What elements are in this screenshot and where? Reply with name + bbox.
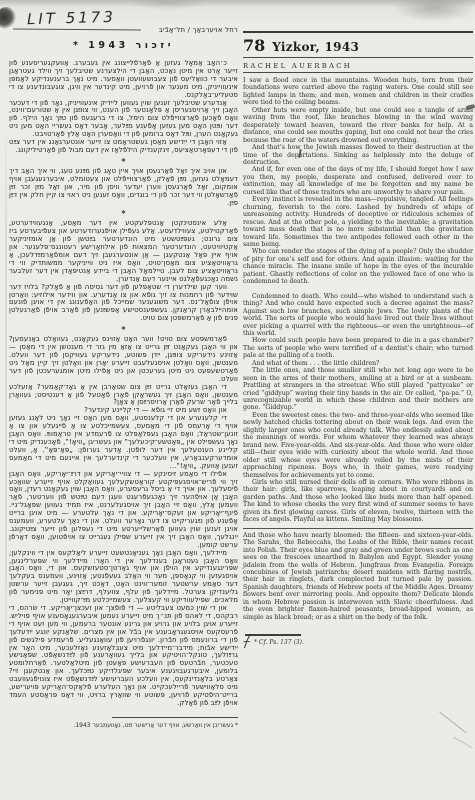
scan-scratch-bottom-right-2 (453, 737, 473, 749)
paragraph: כ׳האָב אַמאָל געזען אַ פֿאַרפֿלייצונג אי… (9, 60, 238, 100)
paragraph: אַנדערע שטיבלעך זענען שוין געווען ליידיק… (9, 100, 238, 140)
paragraph: די קלענערע און די קלענסטע, וואָס מען האָ… (9, 415, 238, 470)
scan-crease-left (5, 120, 7, 680)
paragraph: אַלע אינסטינקטן אַנטפּלעקטע אין דער מאַס… (9, 220, 238, 283)
paragraph: די האָבן געזאָלט גרייט זײַן צום שטאַרבן … (9, 384, 238, 408)
paragraph: And those who have nearly bloomed: the f… (243, 532, 473, 621)
paragraph: און אויב איך זאָל פֿאַרגעסן אויך איין טא… (9, 168, 238, 208)
paragraph: Other huts were empty inside, but one co… (243, 107, 473, 144)
yiddish-title: יזכור 1943 * (9, 40, 238, 51)
paragraph: Condemned to death. Who could—who wished… (243, 293, 473, 338)
paragraph: און די שוין כּמעט צעבליטע — די פֿופֿצן־ … (9, 605, 238, 708)
paragraph: ווער קען שילדערן די שטאַפּלען פֿון דער ג… (9, 284, 238, 324)
english-footnote-row: * Cf. Ps. 137 (3). (243, 639, 473, 653)
yiddish-footnote-rule (112, 717, 238, 718)
handwritten-check-icon (243, 634, 252, 653)
scan-smudge-top-middle (128, 0, 208, 10)
paragraph: I saw a flood once in the mountains. Woo… (243, 77, 473, 107)
author-name: RACHEL AUERBACH (243, 58, 473, 72)
section-separator: * (9, 209, 238, 218)
paragraph: אפֿילו די סאַמע זיסינקע — די צוויי־יאָרי… (9, 471, 238, 550)
section-separator: * (9, 325, 238, 334)
scan-smudge-top-right (393, 0, 475, 22)
chapter-number: 78 (243, 36, 265, 55)
yiddish-footnote: * געשריבן אין וואַרשע, אויף דער אַרישער … (9, 722, 238, 729)
page-break-rule (243, 528, 473, 529)
english-column: 78 Yizkor, 1943 RACHEL AUERBACH I saw a … (243, 31, 473, 653)
chapter-heading: 78 Yizkor, 1943 (243, 33, 473, 57)
paragraph: מיידלעך, וואָס האָבן נאָך געניאַנטשעט זי… (9, 550, 238, 605)
english-footnote-rule (245, 634, 301, 636)
scanned-page: LIT 5173 רחל אויערבאַך / תּל־אָבֿיב יזכו… (0, 0, 475, 800)
paragraph: אַזוי האָבן די ייִדישע מאַסן געשטראָמט צ… (9, 139, 238, 155)
paragraph: And if, for even one of the days of my l… (243, 166, 473, 196)
paragraph: Who can render the stages of the dying o… (243, 248, 473, 285)
paragraph: Girls who still nursed their dolls off i… (243, 479, 473, 524)
english-body: I saw a flood once in the mountains. Woo… (243, 77, 473, 621)
paragraph: פֿאַרמשפּטע צום טויט! ווער האָט אַזוינס … (9, 336, 238, 383)
yiddish-byline: רחל אויערבאַך / תּל־אָבֿיב (9, 26, 238, 34)
yiddish-body: כ׳האָב אַמאָל געזען אַ פֿאַרפֿלייצונג אי… (9, 60, 238, 708)
paragraph: The little ones, and those smaller still… (243, 367, 473, 412)
header-rule-bottom (243, 72, 473, 73)
chapter-title: Yizkor, 1943 (272, 40, 359, 54)
paragraph: Even the sweetest ones: the two- and thr… (243, 412, 473, 479)
section-separator: * (9, 157, 238, 166)
yiddish-column: רחל אויערבאַך / תּל־אָבֿיב יזכור 1943 * … (9, 26, 238, 729)
paragraph: How could such people have been prepared… (243, 337, 473, 359)
paragraph: Every instinct is revealed in the mass—r… (243, 196, 473, 248)
english-footnote: * Cf. Ps. 137 (3). (254, 639, 304, 646)
scan-scratch-bottom-right (439, 712, 466, 734)
paragraph: And that’s how the Jewish masses flowed … (243, 144, 473, 166)
paragraph: And what of them . . . the little childr… (243, 360, 473, 367)
